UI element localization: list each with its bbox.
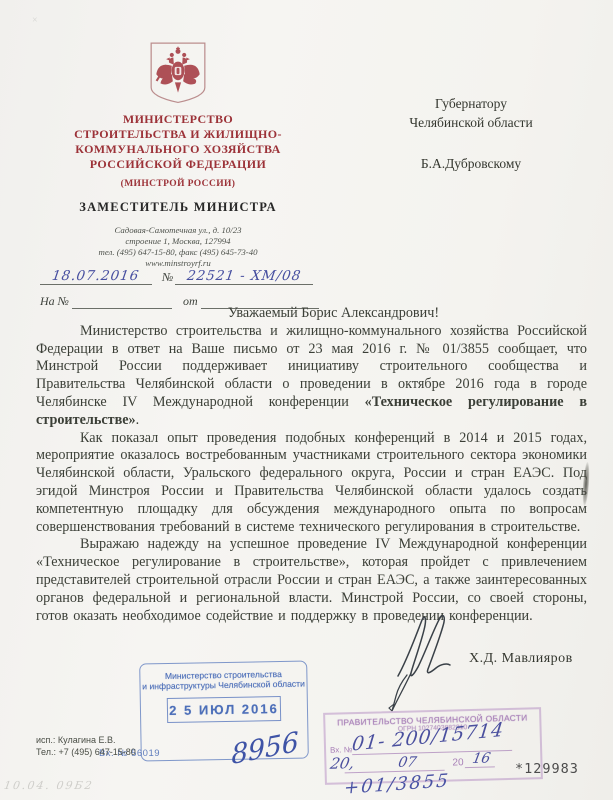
- paragraph-1-end: .: [136, 412, 140, 428]
- ministry-address: Садовая-Самотечная ул., д. 10/23 строени…: [34, 225, 322, 269]
- recipient-block: Губернатору Челябинской области Б.А.Дубр…: [362, 94, 580, 173]
- handwritten-signature: [382, 612, 474, 716]
- number-slot: 22521 - ХМ/08: [175, 268, 313, 285]
- ministry-short-name: (МИНСТРОЙ РОССИИ): [34, 179, 322, 189]
- number-label: №: [162, 270, 173, 284]
- faint-handwritten-note: 10.04. 09Б2: [3, 779, 94, 792]
- paragraph-1: Министерство строительства и жилищно-ком…: [36, 323, 587, 430]
- date-slot: 18.07.2016: [40, 268, 152, 285]
- stamp-year-prefix: 20: [452, 757, 463, 768]
- address-line: тел. (495) 647-15-80, факс (495) 645-73-…: [34, 247, 322, 258]
- pen-mark: ×: [32, 15, 40, 23]
- salutation: Уважаемый Борис Александрович!: [36, 305, 587, 323]
- registration-number: *129983: [515, 761, 579, 777]
- scanned-letter-page: ×: [0, 0, 613, 800]
- address-line: Садовая-Самотечная ул., д. 10/23: [34, 225, 322, 236]
- recipient-title: Губернатору: [362, 94, 580, 113]
- coat-of-arms-icon: [147, 40, 209, 104]
- signer-name: Х.Д. Мавлияров: [469, 651, 573, 667]
- letter-body: Уважаемый Борис Александрович! Министерс…: [36, 305, 587, 625]
- outgoing-reference-row: 18.07.2016№22521 - ХМ/08: [40, 268, 322, 285]
- ministry-line: КОММУНАЛЬНОГО ХОЗЯЙСТВА: [34, 142, 322, 157]
- recipient-region: Челябинской области: [362, 113, 580, 132]
- stamp-handwritten-month: 07: [397, 754, 418, 771]
- handwritten-date: 18.07.2016: [51, 268, 141, 284]
- address-line: строение 1, Москва, 127994: [34, 236, 322, 247]
- stamp-handwritten-year: 16: [465, 750, 498, 768]
- letterhead: МИНИСТЕРСТВО СТРОИТЕЛЬСТВА И ЖИЛИЩНО- КО…: [34, 40, 322, 269]
- stamp-handwritten-number: 8956: [231, 726, 299, 771]
- ministry-line: СТРОИТЕЛЬСТВА И ЖИЛИЩНО-: [34, 127, 322, 142]
- handwritten-number: 22521 - ХМ/08: [186, 268, 302, 284]
- ministry-line: МИНИСТЕРСТВО: [34, 112, 322, 127]
- executor-phone: Тел.: +7 (495) 647-15-80: [36, 747, 136, 759]
- recipient-name: Б.А.Дубровскому: [362, 154, 580, 173]
- paragraph-2: Как показал опыт проведения подобных кон…: [36, 430, 587, 537]
- ministry-line: РОССИЙСКОЙ ФЕДЕРАЦИИ: [34, 157, 322, 172]
- stamp-handwritten-day: 20,: [329, 754, 356, 773]
- ministry-name: МИНИСТЕРСТВО СТРОИТЕЛЬСТВА И ЖИЛИЩНО- КО…: [34, 112, 322, 172]
- stamp-date-box: 2 5 ИЮЛ 2016: [167, 696, 281, 723]
- signer-position-title: ЗАМЕСТИТЕЛЬ МИНИСТРА: [34, 200, 322, 215]
- executor-block: исп.: Кулагина Е.В. Тел.: +7 (495) 647-1…: [36, 735, 136, 758]
- paragraph-3: Выражаю надежду на успешное проведение I…: [36, 536, 587, 625]
- executor-name: исп.: Кулагина Е.В.: [36, 735, 136, 747]
- stamp-org-line: и инфраструктуры Челябинской области: [140, 679, 306, 692]
- incoming-stamp-blue: Министерство строительства и инфраструкт…: [139, 661, 309, 762]
